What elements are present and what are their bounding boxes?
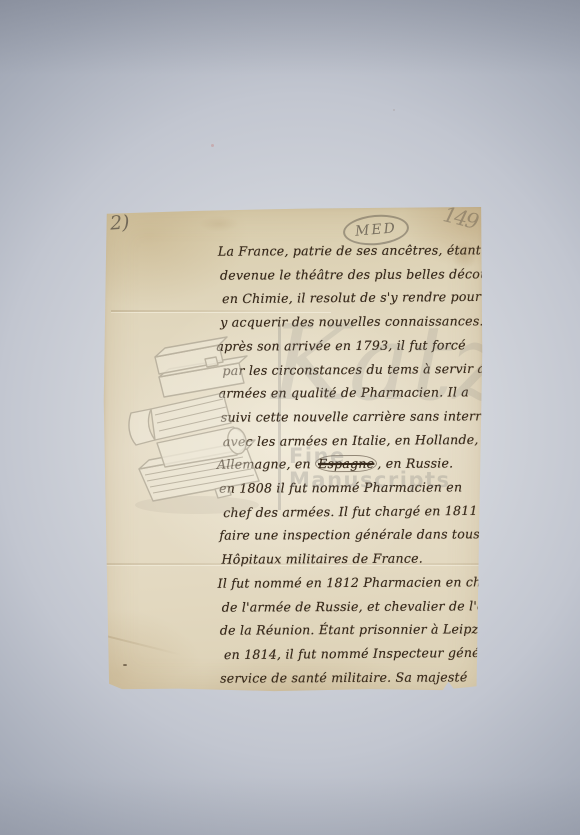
manuscript-line: en Chimie, il resolut de s'y rendre pour bbox=[222, 285, 482, 311]
paper-stain bbox=[199, 216, 239, 232]
manuscript-line: avec les armées en Italie, en Hollande, … bbox=[223, 427, 483, 453]
pencil-page-number: 2) bbox=[109, 211, 130, 234]
manuscript-line: de l'armée de Russie, et chevalier de l'… bbox=[222, 594, 482, 619]
paper-crease bbox=[98, 633, 186, 657]
pencil-folio-number: 149 bbox=[441, 202, 480, 234]
manuscript-line: armées en qualité de Pharmacien. Il a bbox=[219, 381, 479, 406]
manuscript-line: Il fut nommé en 1812 Pharmacien en chef bbox=[218, 570, 478, 595]
ink-speck bbox=[112, 686, 114, 690]
manuscript-line: de la Réunion. Étant prisonnier à Leipzi… bbox=[220, 618, 480, 643]
dust-speck bbox=[211, 144, 214, 147]
pencil-med-label: MED bbox=[354, 220, 397, 240]
manuscript-line: après son arrivée en 1793, il fut forcé bbox=[216, 333, 476, 358]
ink-speck bbox=[123, 664, 127, 666]
manuscript-line: en 1814, il fut nommé Inspecteur général… bbox=[224, 641, 484, 667]
photo-backdrop: 2) MED 149 La France, patrie de ses ancê… bbox=[0, 0, 580, 835]
dust-speck bbox=[393, 109, 395, 111]
manuscript-line: Allemagne, en Espagne, en Russie. bbox=[217, 452, 477, 477]
manuscript-line: suivi cette nouvelle carrière sans inter… bbox=[221, 404, 481, 429]
manuscript-line: y acquerir des nouvelles connaissances. … bbox=[220, 309, 480, 334]
manuscript-text: La France, patrie de ses ancêtres, étant… bbox=[218, 238, 480, 690]
manuscript-page: 2) MED 149 La France, patrie de ses ancê… bbox=[103, 206, 483, 694]
manuscript-line: en 1808 il fut nommé Pharmacien en bbox=[219, 475, 479, 500]
manuscript-line: La France, patrie de ses ancêtres, étant bbox=[218, 238, 478, 263]
manuscript-line: Hôpitaux militaires de France. bbox=[221, 546, 481, 571]
struck-word: Espagne bbox=[315, 455, 377, 472]
manuscript-line: devenue le théâtre des plus belles décou… bbox=[220, 262, 480, 287]
manuscript-line: faire une inspection générale dans tous … bbox=[219, 523, 479, 548]
manuscript-line: par les circonstances du tems à servir a… bbox=[222, 356, 482, 382]
manuscript-line: service de santé militaire. Sa majesté bbox=[220, 665, 480, 690]
manuscript-line: chef des armées. Il fut chargé en 1811 d… bbox=[223, 499, 483, 525]
